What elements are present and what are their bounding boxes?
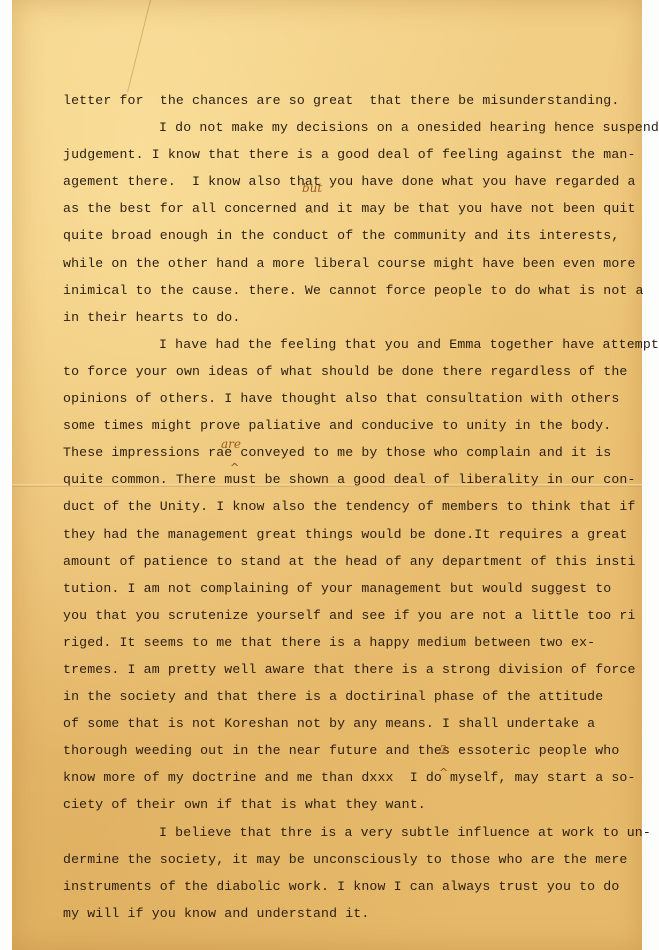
text-line: they had the management great things wou…	[63, 521, 633, 548]
text-line: in their hearts to do.	[63, 304, 633, 331]
letter-body: letter for the chances are so great that…	[63, 87, 633, 927]
text-line: inimical to the cause. there. We cannot …	[63, 277, 633, 304]
text-line: ciety of their own if that is what they …	[63, 791, 633, 818]
text-line: tution. I am not complaining of your man…	[63, 575, 633, 602]
text-line: know more of my doctrine and me than dxx…	[63, 764, 633, 791]
text-line: to force your own ideas of what should b…	[63, 358, 633, 385]
text-line: you that you scrutenize yourself and see…	[63, 602, 633, 629]
text-line: I have had the feeling that you and Emma…	[63, 331, 633, 358]
text-line: of some that is not Koreshan not by any …	[63, 710, 633, 737]
text-line: while on the other hand a more liberal c…	[63, 250, 633, 277]
text-line: amount of patience to stand at the head …	[63, 548, 633, 575]
text-line: I do not make my decisions on a onesided…	[63, 114, 633, 141]
text-line: some times might prove paliative and con…	[63, 412, 633, 439]
insert-caret: ^	[230, 461, 239, 474]
handwritten-superscript-2: 2	[440, 743, 448, 757]
text-line: quite broad enough in the conduct of the…	[63, 222, 633, 249]
text-line: letter for the chances are so great that…	[63, 87, 633, 114]
handwritten-insert-but: but	[302, 181, 322, 195]
text-line: thorough weeding out in the near future …	[63, 737, 633, 764]
text-line: dermine the society, it may be unconscio…	[63, 846, 633, 873]
text-line: These impressions rae conveyed to me by …	[63, 439, 633, 466]
insert-caret: ^	[305, 208, 314, 221]
text-line: quite common. There must be shown a good…	[63, 466, 633, 493]
text-line: tremes. I am pretty well aware that ther…	[63, 656, 633, 683]
text-line: duct of the Unity. I know also the tende…	[63, 493, 633, 520]
text-line: instruments of the diabolic work. I know…	[63, 873, 633, 900]
text-line: judgement. I know that there is a good d…	[63, 141, 633, 168]
text-line: I believe that thre is a very subtle inf…	[63, 819, 633, 846]
text-line: opinions of others. I have thought also …	[63, 385, 633, 412]
text-line: in the society and that there is a docti…	[63, 683, 633, 710]
text-line: as the best for all concerned and it may…	[63, 195, 633, 222]
text-line: my will if you know and understand it.	[63, 900, 633, 927]
handwritten-insert-are: are	[221, 437, 241, 451]
text-line: agement there. I know also that you have…	[63, 168, 633, 195]
text-line: riged. It seems to me that there is a ha…	[63, 629, 633, 656]
insert-caret: ^	[439, 766, 448, 779]
